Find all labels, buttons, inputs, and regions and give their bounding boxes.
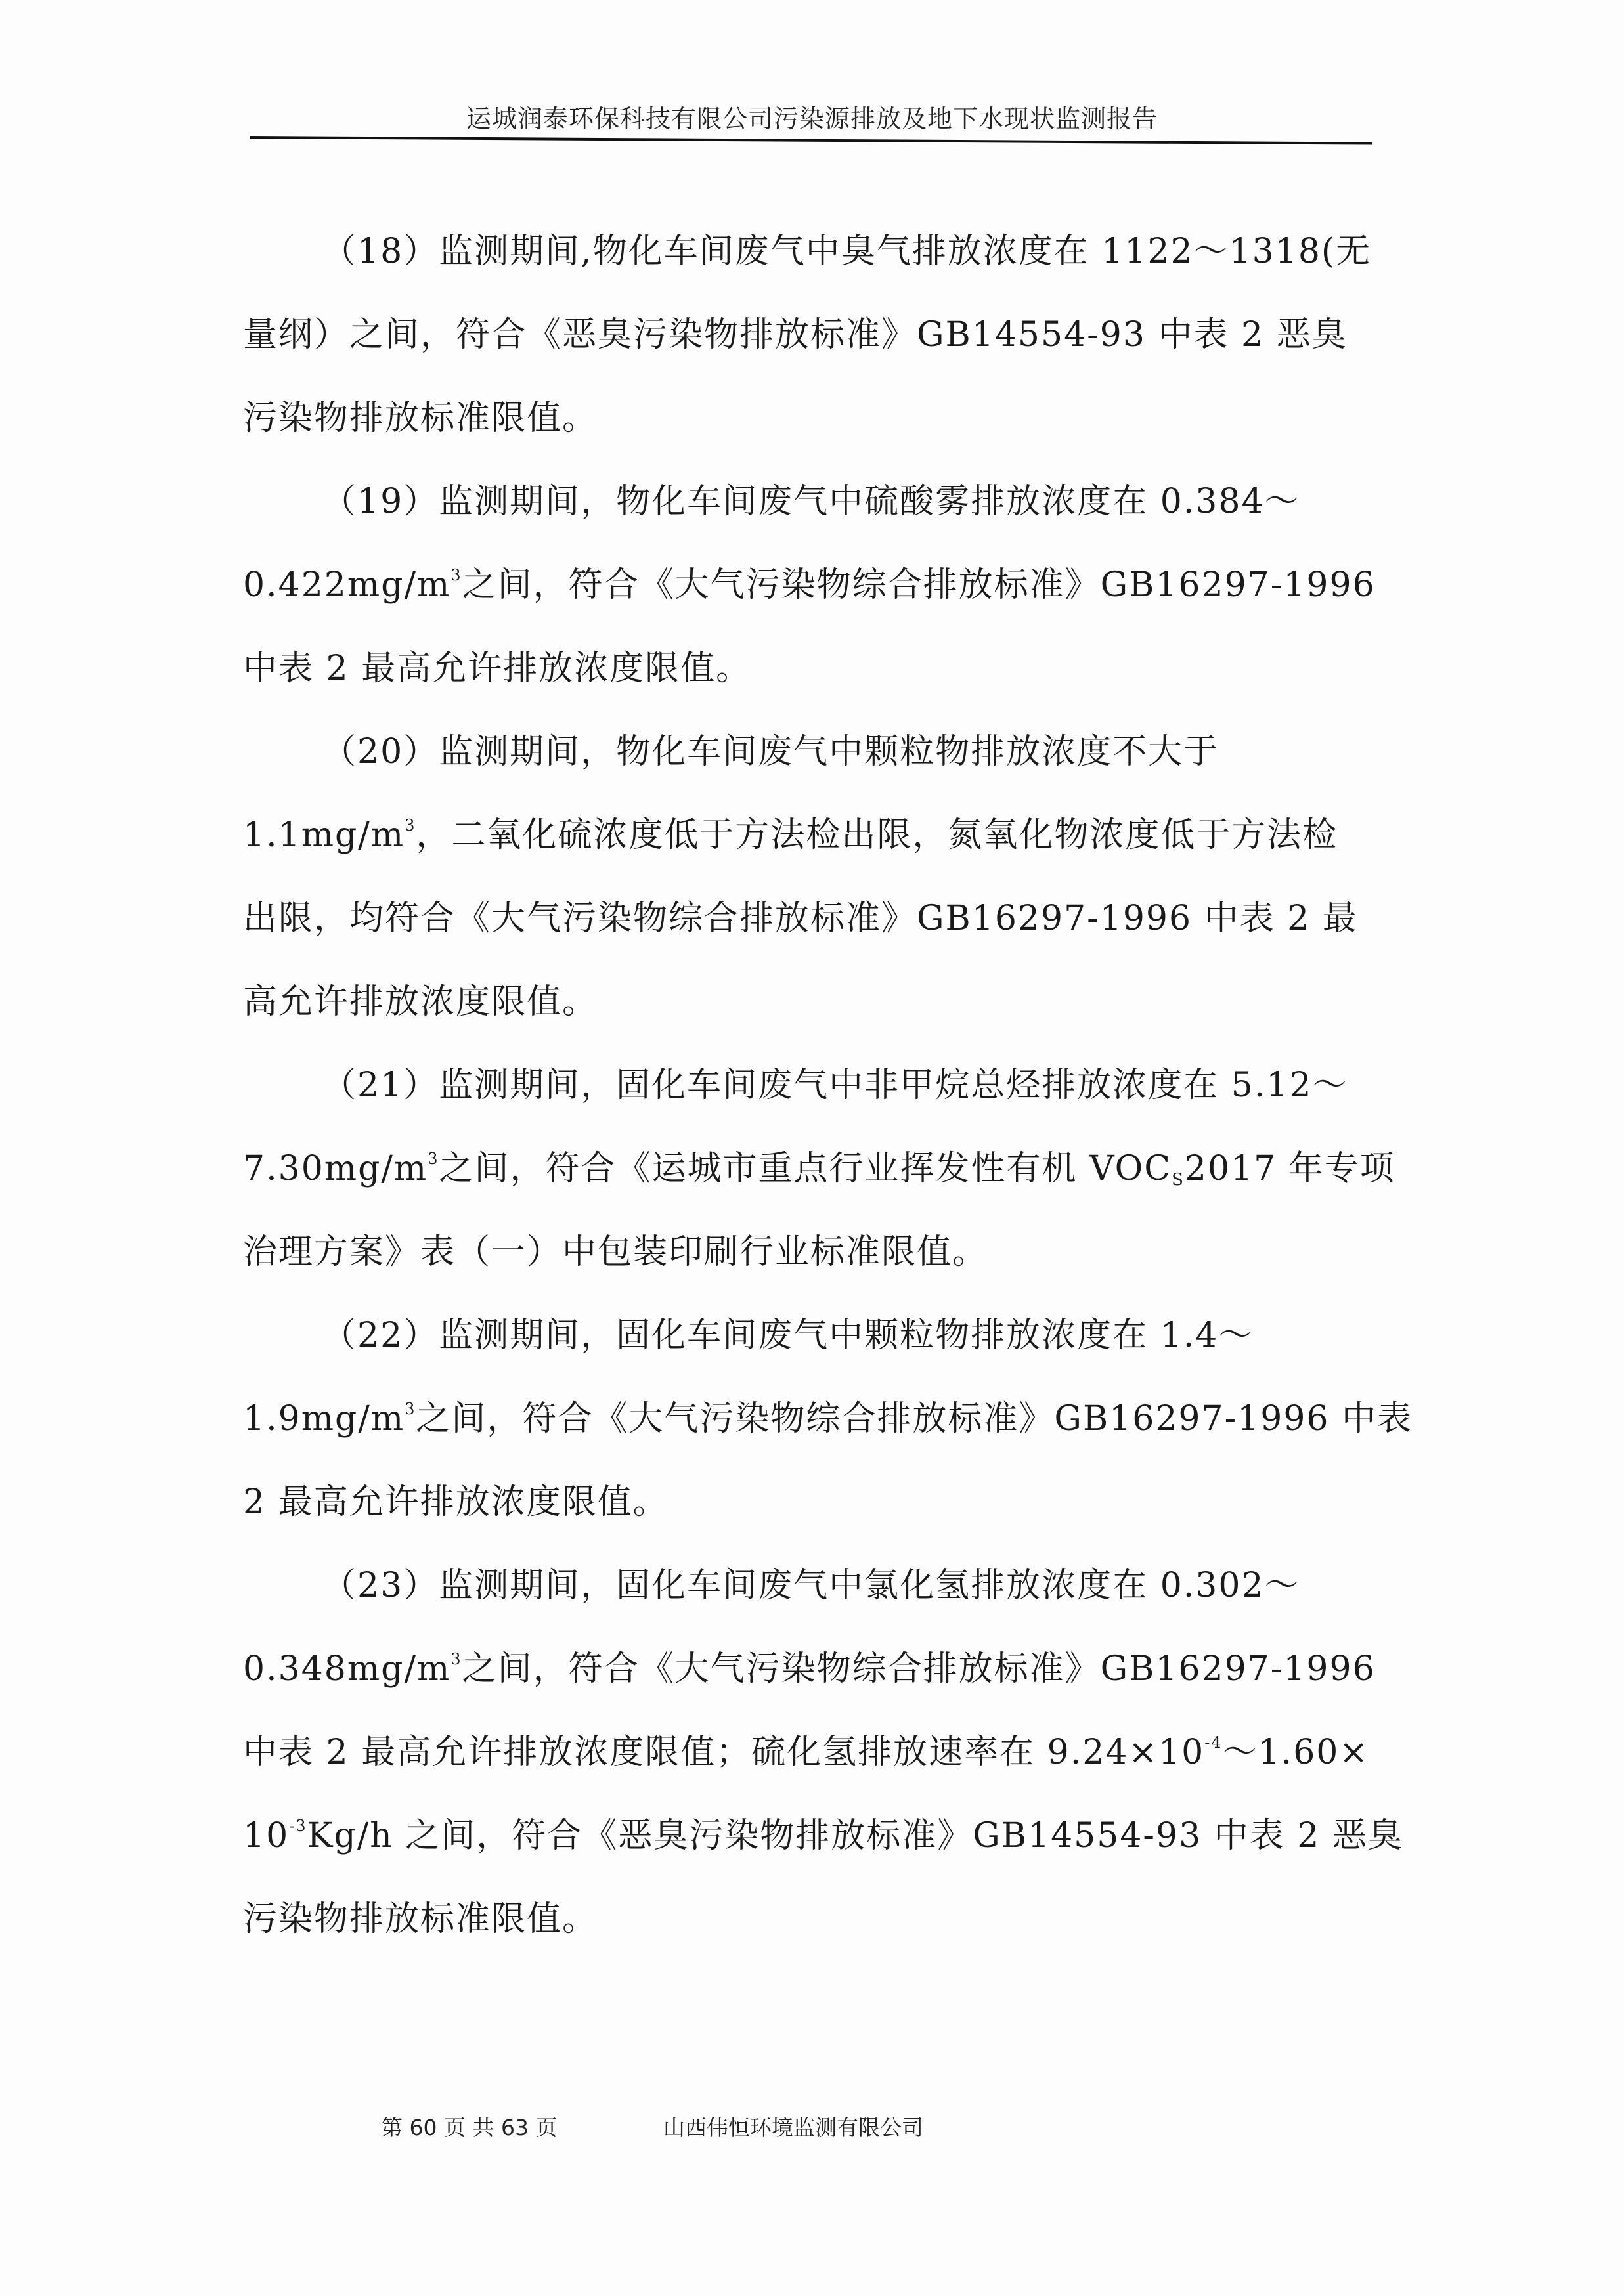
text-span: 1.9mg/m (243, 1399, 405, 1439)
paragraph-19: （19）监测期间，物化车间废气中硫酸雾排放浓度在 0.384～ 0.422mg/… (243, 460, 1372, 710)
text-span: 之间，符合《大气污染物综合排放标准》GB16297-1996 (462, 565, 1376, 605)
paragraph-23: （23）监测期间，固化车间废气中氯化氢排放浓度在 0.302～ 0.348mg/… (243, 1544, 1372, 1961)
paragraph-line: （20）监测期间，物化车间废气中颗粒物排放浓度不大于 (243, 710, 1372, 794)
text-span: 2017 年专项 (1185, 1149, 1395, 1188)
paragraph-line: 7.30mg/m3之间，符合《运城市重点行业挥发性有机 VOCS2017 年专项 (243, 1127, 1372, 1211)
document-page: 运城润泰环保科技有限公司污染源排放及地下水现状监测报告 （18）监测期间,物化车… (0, 0, 1624, 2296)
footer-company-name: 山西伟恒环境监测有限公司 (663, 2111, 923, 2142)
paragraph-line: 1.9mg/m3之间，符合《大气污染物综合排放标准》GB16297-1996 中… (243, 1377, 1372, 1461)
text-span: 之间，符合《运城市重点行业挥发性有机 VOC (439, 1149, 1172, 1188)
paragraph-line: 2 最高允许排放浓度限值。 (243, 1461, 1372, 1544)
paragraph-line: 1.1mg/m3，二氧化硫浓度低于方法检出限，氮氧化物浓度低于方法检 (243, 794, 1372, 877)
superscript: 3 (405, 816, 416, 834)
paragraph-20: （20）监测期间，物化车间废气中颗粒物排放浓度不大于 1.1mg/m3，二氧化硫… (243, 710, 1372, 1044)
subscript: S (1172, 1170, 1185, 1190)
paragraph-line: 中表 2 最高允许排放浓度限值；硫化氢排放速率在 9.24×10-4～1.60× (243, 1711, 1372, 1794)
superscript: 3 (450, 1650, 462, 1668)
paragraph-line: 中表 2 最高允许排放浓度限值。 (243, 627, 1372, 710)
text-span: 之间，符合《大气污染物综合排放标准》GB16297-1996 中表 (416, 1399, 1413, 1439)
paragraph-line: （23）监测期间，固化车间废气中氯化氢排放浓度在 0.302～ (243, 1544, 1372, 1628)
header-divider (250, 136, 1372, 145)
superscript: 3 (428, 1150, 439, 1168)
text-span: 0.348mg/m (243, 1649, 450, 1689)
paragraph-line: （21）监测期间，固化车间废气中非甲烷总烃排放浓度在 5.12～ (243, 1044, 1372, 1127)
paragraph-line: （19）监测期间，物化车间废气中硫酸雾排放浓度在 0.384～ (243, 460, 1372, 544)
text-span: 1.1mg/m (243, 815, 405, 855)
superscript: -3 (289, 1817, 307, 1835)
paragraph-line: 高允许排放浓度限值。 (243, 961, 1372, 1044)
text-span: ～1.60× (1223, 1733, 1369, 1772)
text-span: 之间，符合《大气污染物综合排放标准》GB16297-1996 (462, 1649, 1376, 1689)
superscript: -4 (1204, 1733, 1222, 1752)
superscript: 3 (450, 566, 462, 584)
superscript: 3 (405, 1400, 416, 1418)
text-span: 10 (243, 1816, 289, 1855)
report-body: （18）监测期间,物化车间废气中臭气排放浓度在 1122～1318(无 量纲）之… (243, 210, 1372, 1961)
paragraph-line: 污染物排放标准限值。 (243, 377, 1372, 460)
text-span: 中表 2 最高允许排放浓度限值；硫化氢排放速率在 9.24×10 (243, 1733, 1204, 1772)
paragraph-line: 0.348mg/m3之间，符合《大气污染物综合排放标准》GB16297-1996 (243, 1628, 1372, 1711)
paragraph-line: 0.422mg/m3之间，符合《大气污染物综合排放标准》GB16297-1996 (243, 544, 1372, 627)
paragraph-line: 量纲）之间，符合《恶臭污染物排放标准》GB14554-93 中表 2 恶臭 (243, 293, 1372, 377)
text-span: 7.30mg/m (243, 1149, 428, 1188)
text-span: Kg/h 之间，符合《恶臭污染物排放标准》GB14554-93 中表 2 恶臭 (307, 1816, 1403, 1855)
paragraph-line: （18）监测期间,物化车间废气中臭气排放浓度在 1122～1318(无 (243, 210, 1372, 293)
paragraph-18: （18）监测期间,物化车间废气中臭气排放浓度在 1122～1318(无 量纲）之… (243, 210, 1372, 460)
paragraph-line: 出限，均符合《大气污染物综合排放标准》GB16297-1996 中表 2 最 (243, 877, 1372, 961)
page-number: 第 60 页 共 63 页 (381, 2111, 557, 2142)
paragraph-21: （21）监测期间，固化车间废气中非甲烷总烃排放浓度在 5.12～ 7.30mg/… (243, 1044, 1372, 1294)
text-span: ，二氧化硫浓度低于方法检出限，氮氧化物浓度低于方法检 (416, 815, 1338, 855)
paragraph-22: （22）监测期间，固化车间废气中颗粒物排放浓度在 1.4～ 1.9mg/m3之间… (243, 1294, 1372, 1544)
paragraph-line: 10-3Kg/h 之间，符合《恶臭污染物排放标准》GB14554-93 中表 2… (243, 1794, 1372, 1878)
text-span: 0.422mg/m (243, 565, 450, 605)
paragraph-line: 治理方案》表（一）中包装印刷行业标准限值。 (243, 1211, 1372, 1294)
paragraph-line: 污染物排放标准限值。 (243, 1878, 1372, 1961)
paragraph-line: （22）监测期间，固化车间废气中颗粒物排放浓度在 1.4～ (243, 1294, 1372, 1377)
report-header-title: 运城润泰环保科技有限公司污染源排放及地下水现状监测报告 (0, 98, 1624, 135)
